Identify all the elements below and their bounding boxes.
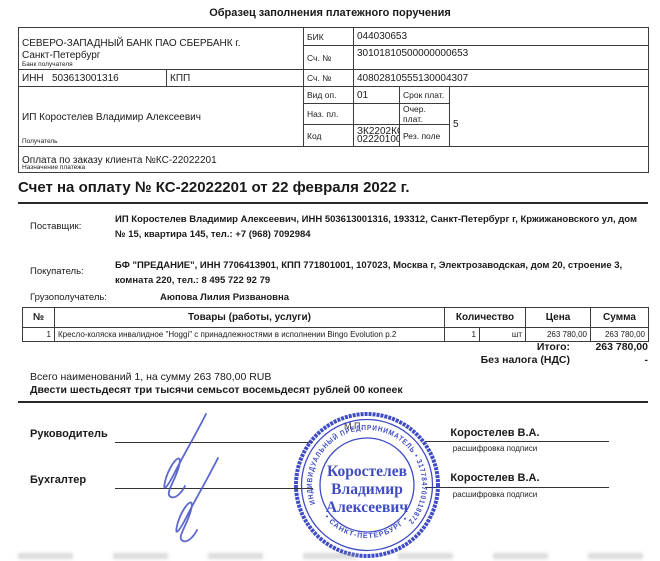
corr-account-value: 30101810500000000653	[354, 46, 649, 70]
kpp-label: КПП	[167, 70, 304, 87]
srok-plat-label: Срок плат.	[400, 87, 450, 104]
purpose-value: Оплата по заказу клиента №КС-22022201	[22, 154, 645, 166]
kod-value: ЗК2202КС22 0222010009	[354, 125, 400, 147]
ocher-plat-label: Очер. плат.	[400, 104, 450, 125]
item-sum: 263 780,00	[591, 328, 649, 342]
ocher-plat-value: 5	[453, 119, 645, 130]
accountant-label: Бухгалтер	[30, 474, 86, 486]
vid-op-label: Вид оп.	[304, 87, 354, 104]
total-value: 263 780,00	[570, 341, 648, 354]
handwritten-signatures	[130, 406, 250, 556]
total-row: Итого: 263 780,00	[348, 341, 648, 354]
buyer-label: Покупатель:	[30, 266, 84, 277]
payee-cell: ИП Коростелев Владимир Алексеевич Получа…	[19, 87, 304, 147]
kod-label: Код	[304, 125, 354, 147]
payment-order-sample-title: Образец заполнения платежного поручения	[0, 7, 660, 19]
header-price: Цена	[526, 308, 591, 328]
bank-name-line2: Санкт-Петербург	[22, 49, 300, 61]
items-header-row: № Товары (работы, услуги) Количество Цен…	[23, 308, 649, 328]
bank-field-label: Банк получателя	[22, 61, 73, 68]
rez-pole-label: Рез. поле	[400, 125, 450, 147]
consignee-label: Грузополучатель:	[30, 292, 107, 303]
purpose-field-label: Назначение платежа	[22, 164, 85, 171]
accountant-decryption-label: расшифровка подписи	[430, 490, 560, 499]
scan-artifact	[18, 553, 648, 559]
no-tax-value: -	[570, 354, 648, 367]
bank-name-line1: СЕВЕРО-ЗАПАДНЫЙ БАНК ПАО СБЕРБАНК г.	[22, 37, 300, 49]
bik-value: 044030653	[354, 28, 649, 46]
no-tax-row: Без налога (НДС) -	[348, 354, 648, 367]
supplier-label: Поставщик:	[30, 221, 81, 232]
title-divider	[18, 202, 648, 204]
director-label: Руководитель	[30, 428, 108, 440]
inn-cell: ИНН 503613001316	[19, 70, 167, 87]
stamp-ring-bottom-text: • САНКТ-ПЕТЕРБУРГ •	[323, 514, 410, 540]
total-label: Итого:	[537, 341, 570, 354]
supplier-value: ИП Коростелев Владимир Алексеевич, ИНН 5…	[115, 213, 648, 242]
svg-text:• САНКТ-ПЕТЕРБУРГ •: • САНКТ-ПЕТЕРБУРГ •	[323, 514, 410, 540]
accountant-ink-signature	[176, 458, 218, 541]
header-sum: Сумма	[591, 308, 649, 328]
ocher-plat-value-cell: 5	[450, 87, 649, 147]
kod-value-line2: 0222010009	[357, 136, 396, 144]
totals-block: Итого: 263 780,00 Без налога (НДС) -	[348, 341, 648, 367]
payee-name: ИП Коростелев Владимир Алексеевич	[22, 111, 300, 123]
summary-divider	[18, 401, 648, 403]
account-label: Сч. №	[304, 70, 354, 87]
invoice-document: Образец заполнения платежного поручения …	[0, 0, 660, 561]
item-qty: 1	[445, 328, 480, 342]
consignee-value: Аюпова Лилия Ризвановна	[160, 291, 289, 306]
director-name: Коростелев В.А.	[430, 427, 560, 439]
bank-cell: СЕВЕРО-ЗАПАДНЫЙ БАНК ПАО СБЕРБАНК г. Сан…	[19, 28, 304, 70]
item-name: Кресло-коляска инвалидное "Hoggi" с прин…	[55, 328, 445, 342]
accountant-name-line	[425, 487, 609, 488]
director-decryption-label: расшифровка подписи	[430, 444, 560, 453]
table-row: 1 Кресло-коляска инвалидное "Hoggi" с пр…	[23, 328, 649, 342]
stamp-center-line1: Коростелев	[327, 463, 407, 480]
bik-label: БИК	[304, 28, 354, 46]
item-num: 1	[23, 328, 55, 342]
naz-pl-value	[354, 104, 400, 125]
inn-label: ИНН	[22, 73, 44, 84]
header-num: №	[23, 308, 55, 328]
director-name-line	[425, 441, 609, 442]
payee-field-label: Получатель	[22, 138, 58, 145]
header-name: Товары (работы, услуги)	[55, 308, 445, 328]
stamp-center-line3: Алексеевич	[326, 499, 408, 516]
item-unit: шт	[480, 328, 526, 342]
company-stamp: ИНДИВИДУАЛЬНЫЙ ПРЕДПРИНИМАТЕЛЬ • 3177847…	[291, 409, 443, 561]
items-table: № Товары (работы, услуги) Количество Цен…	[22, 307, 649, 342]
amount-in-words: Двести шестьдесят три тысячи семьсот вос…	[30, 384, 403, 396]
item-price: 263 780,00	[526, 328, 591, 342]
accountant-name: Коростелев В.А.	[430, 472, 560, 484]
buyer-value: БФ "ПРЕДАНИЕ", ИНН 7706413901, КПП 77180…	[115, 259, 648, 288]
payment-order-table: СЕВЕРО-ЗАПАДНЫЙ БАНК ПАО СБЕРБАНК г. Сан…	[18, 27, 649, 173]
director-ink-signature	[164, 414, 206, 497]
invoice-title: Счет на оплату № КС-22022201 от 22 февра…	[18, 179, 410, 196]
vid-op-value: 01	[354, 87, 400, 104]
account-value: 40802810555130004307	[354, 70, 649, 87]
items-count-line: Всего наименований 1, на сумму 263 780,0…	[30, 371, 271, 383]
inn-value: 503613001316	[52, 73, 119, 84]
naz-pl-label: Наз. пл.	[304, 104, 354, 125]
no-tax-label: Без налога (НДС)	[481, 354, 570, 367]
corr-account-label: Сч. №	[304, 46, 354, 70]
header-qty: Количество	[445, 308, 526, 328]
stamp-center-line2: Владимир	[331, 481, 403, 498]
purpose-cell: Оплата по заказу клиента №КС-22022201 На…	[19, 147, 649, 173]
